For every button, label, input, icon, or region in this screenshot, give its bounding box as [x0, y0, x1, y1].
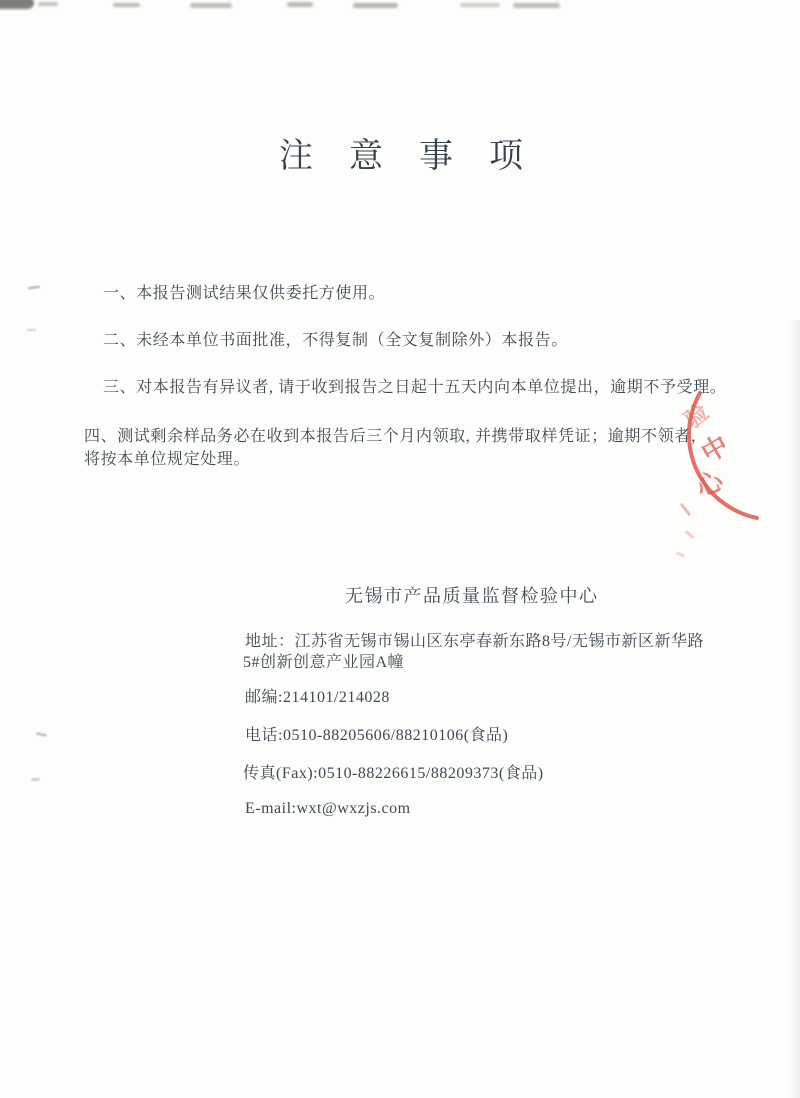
fax-number: 传真(Fax):0510-88226615/88209373(食品): [243, 760, 544, 783]
scan-smudge: [0, 0, 34, 9]
scan-smudge: [513, 3, 560, 8]
page-edge-shadow: [788, 320, 800, 1098]
scan-speck: [36, 732, 47, 737]
notice-item-4-line-2: 将按本单位规定处理。: [84, 446, 250, 469]
notice-item-3: 三、对本报告有异议者, 请于收到报告之日起十五天内向本单位提出，逾期不予受理。: [103, 374, 726, 397]
address-line-2: 5#创新创意产业园A幢: [243, 649, 404, 672]
scan-speck: [28, 285, 40, 290]
scan-smudge: [287, 2, 313, 7]
email-address: E-mail:wxt@wxzjs.com: [245, 800, 411, 818]
page-title: 注意事项: [279, 128, 559, 177]
scan-speck: [31, 778, 40, 781]
scan-smudge: [113, 3, 140, 7]
phone-number: 电话:0510-88205606/88210106(食品): [245, 722, 508, 745]
scan-smudge: [38, 2, 58, 6]
notice-item-2: 二、未经本单位书面批准，不得复制（全文复制除外）本报告。: [103, 327, 568, 350]
scanned-notice-page: 注意事项 一、本报告测试结果仅供委托方使用。 二、未经本单位书面批准，不得复制（…: [0, 0, 800, 1098]
address-line-1: 地址：江苏省无锡市锡山区东亭春新东路8号/无锡市新区新华路: [245, 628, 704, 651]
scan-smudge: [460, 3, 500, 7]
scan-smudge: [353, 3, 398, 8]
notice-item-4-line-1: 四、测试剩余样品务必在收到本报告后三个月内领取, 并携带取样凭证；逾期不领者，: [84, 423, 707, 446]
scan-smudge: [190, 3, 232, 8]
notice-item-1: 一、本报告测试结果仅供委托方使用。: [103, 280, 385, 303]
postal-code: 邮编:214101/214028: [245, 684, 390, 707]
scan-speck: [27, 329, 36, 331]
organization-name: 无锡市产品质量监督检验中心: [345, 582, 599, 608]
